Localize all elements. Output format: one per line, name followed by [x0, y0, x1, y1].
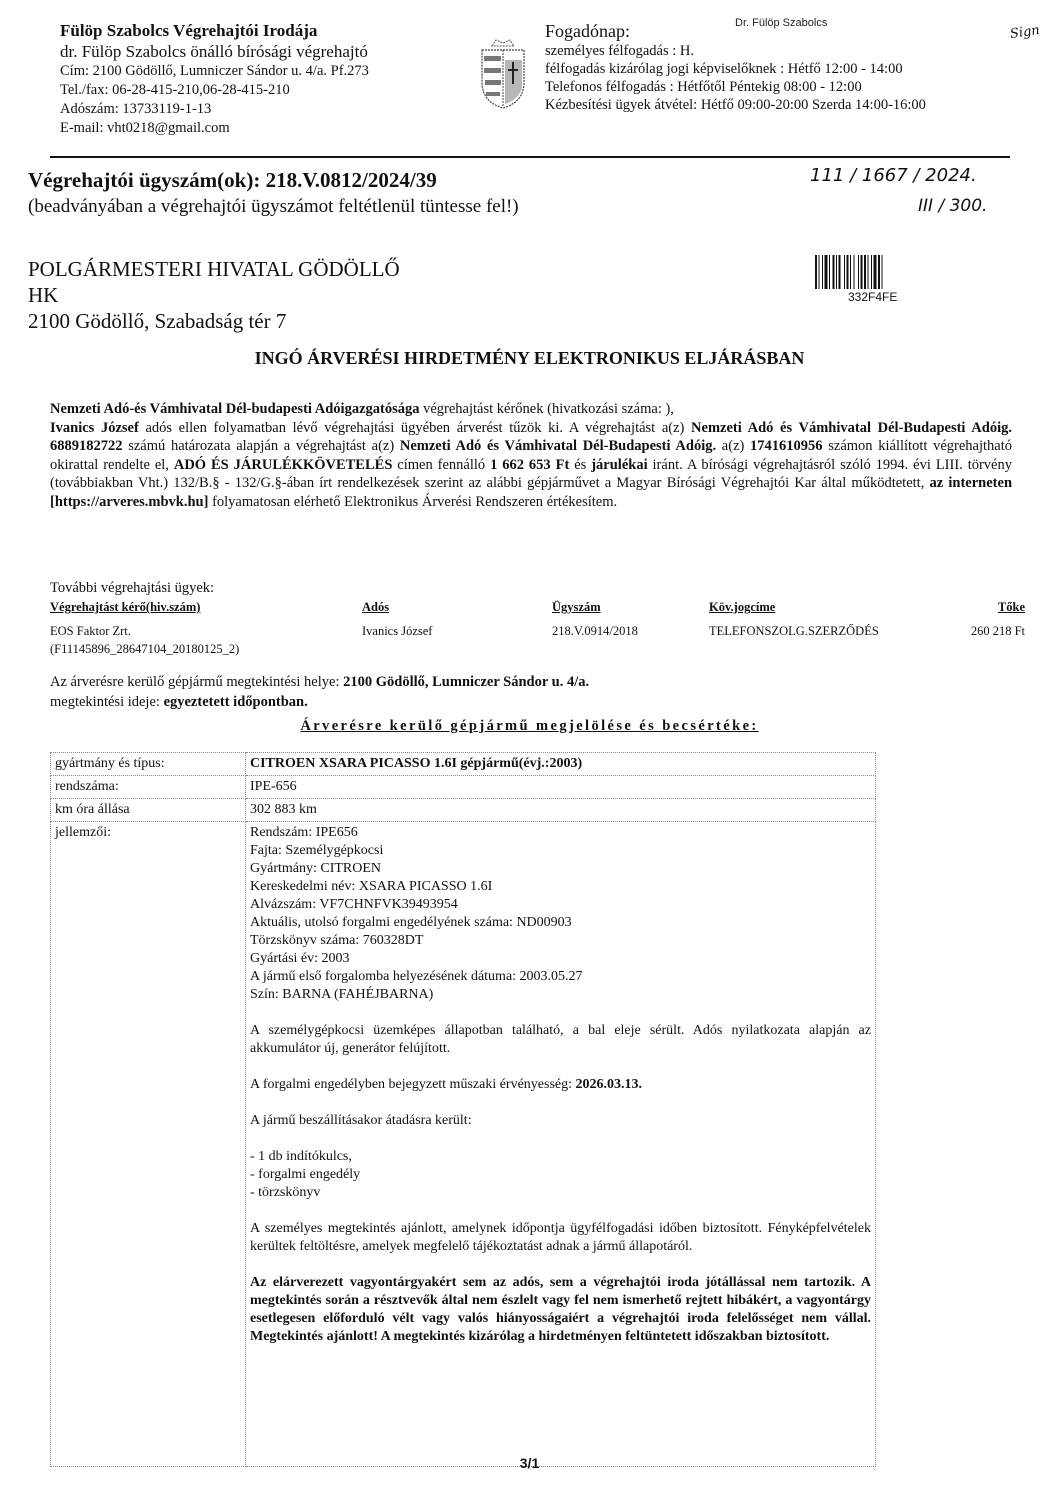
inspection-place-label: Az árverésre kerülő gépjármű megtekintés…	[50, 674, 343, 690]
row-label: km óra állása	[51, 799, 246, 822]
document-number: 1741610956	[750, 438, 823, 454]
detail-line: Fajta: Személygépkocsi	[250, 842, 871, 860]
office-name: Fülöp Szabolcs Végrehajtói Irodája	[60, 20, 480, 41]
handwritten-signature: Sign	[1009, 23, 1041, 42]
validity-label: A forgalmi engedélyben bejegyzett műszak…	[250, 1077, 576, 1092]
detail-line: Törzskönyv száma: 760328DT	[250, 932, 871, 950]
recipient-address: POLGÁRMESTERI HIVATAL GÖDÖLLŐ HK 2100 Gö…	[28, 256, 400, 334]
col-claim: Köv.jogcíme	[709, 600, 939, 618]
vehicle-section-title: Árverésre kerülő gépjármű megjelölése és…	[0, 718, 1059, 735]
table-row: gyártmány és típus: CITROEN XSARA PICASS…	[51, 753, 876, 776]
cell-claim: TELEFONSZOLG.SZERZŐDÉS	[709, 624, 939, 642]
officer-name: dr. Fülöp Szabolcs önálló bírósági végre…	[60, 41, 480, 62]
detail-line: Alvázszám: VF7CHNFVK39493954	[250, 896, 871, 914]
office-tax-number: Adószám: 13733119-1-13	[60, 100, 480, 119]
barcode-label: 332F4FE	[848, 290, 897, 304]
viewing-note: A személyes megtekintés ajánlott, amelyn…	[250, 1220, 871, 1256]
detail-line: Gyártmány: CITROEN	[250, 860, 871, 878]
case-number: Végrehajtói ügyszám(ok): 218.V.0812/2024…	[28, 168, 437, 193]
vehicle-details: Rendszám: IPE656 Fajta: Személygépkocsi …	[246, 822, 876, 1467]
intro-text: számú határozata alapján a végrehajtást …	[123, 438, 400, 454]
case-number-note: (beadványában a végrehajtói ügyszámot fe…	[28, 196, 519, 218]
inspection-time-label: megtekintési ideje:	[50, 694, 164, 710]
handwritten-reference-2: III / 300.	[918, 196, 987, 216]
intro-text: és	[569, 457, 591, 473]
header-divider	[50, 156, 1010, 158]
table-row: jellemzői: Rendszám: IPE656 Fajta: Szemé…	[51, 822, 876, 1467]
reception-hours: Fogadónap: személyes félfogadás : H. fél…	[545, 20, 1015, 114]
accessories: járulékai	[591, 457, 647, 473]
office-letterhead: Fülöp Szabolcs Végrehajtói Irodája dr. F…	[60, 20, 480, 138]
recipient-name: POLGÁRMESTERI HIVATAL GÖDÖLLŐ	[28, 256, 400, 282]
cell-creditor-ref: (F11145896_28647104_20180125_2)	[50, 642, 362, 660]
barcode-icon	[815, 255, 925, 289]
reception-line: félfogadás kizárólag jogi képviselőknek …	[545, 60, 1015, 78]
inspection-time: egyeztetett időpontban.	[164, 694, 308, 710]
page-number: 3/1	[0, 1455, 1059, 1471]
handover-title: A jármű beszállításakor átadásra került:	[250, 1112, 871, 1130]
intro-text: adós ellen folyamatban lévő végrehajtási…	[139, 420, 691, 436]
validity-date: 2026.03.13.	[576, 1077, 643, 1092]
vehicle-condition: A személygépkocsi üzemképes állapotban t…	[250, 1022, 871, 1058]
vehicle-table: gyártmány és típus: CITROEN XSARA PICASS…	[50, 752, 876, 1467]
vehicle-mileage: 302 883 km	[246, 799, 876, 822]
vehicle-validity: A forgalmi engedélyben bejegyzett műszak…	[250, 1076, 871, 1094]
col-creditor: Végrehajtást kérő(hiv.szám)	[50, 600, 362, 618]
detail-line: Kereskedelmi név: XSARA PICASSO 1.6I	[250, 878, 871, 896]
office-phone: Tel./fax: 06-28-415-210,06-28-415-210	[60, 81, 480, 100]
document-title: INGÓ ÁRVERÉSI HIRDETMÉNY ELEKTRONIKUS EL…	[0, 348, 1059, 369]
office-email: E-mail: vht0218@gmail.com	[60, 119, 480, 138]
detail-line: Gyártási év: 2003	[250, 950, 871, 968]
cell-case-no: 218.V.0914/2018	[552, 624, 709, 642]
office-address: Cím: 2100 Gödöllő, Lumniczer Sándor u. 4…	[60, 62, 480, 81]
claim-type: ADÓ ÉS JÁRULÉKKÖVETELÉS	[174, 457, 393, 473]
table-row: EOS Faktor Zrt. Ivanics József 218.V.091…	[50, 624, 1025, 642]
intro-paragraph: Nemzeti Adó-és Vámhivatal Dél-budapesti …	[50, 400, 1012, 512]
vehicle-make-type: CITROEN XSARA PICASSO 1.6I gépjármű(évj.…	[246, 753, 876, 776]
inspection-place: 2100 Gödöllő, Lumniczer Sándor u. 4/a.	[343, 674, 589, 690]
recipient-dept: HK	[28, 282, 400, 308]
decision-number: 6889182722	[50, 438, 123, 454]
inspection-info: Az árverésre kerülő gépjármű megtekintés…	[50, 672, 589, 712]
table-row: km óra állása 302 883 km	[51, 799, 876, 822]
detail-line: Rendszám: IPE656	[250, 824, 871, 842]
further-cases-header: Végrehajtást kérő(hiv.szám) Adós Ügyszám…	[50, 600, 1025, 618]
intro-text: a(z)	[716, 438, 750, 454]
intro-text: folyamatosan elérhető Elektronikus Árver…	[208, 494, 617, 510]
claim-amount: 1 662 653 Ft	[490, 457, 569, 473]
col-debtor: Adós	[362, 600, 552, 618]
reception-line: személyes félfogadás : H.	[545, 42, 1015, 60]
col-case-no: Ügyszám	[552, 600, 709, 618]
authority-name: Nemzeti Adó és Vámhivatal Dél-Budapesti …	[400, 438, 716, 454]
digital-signature-name: Dr. Fülöp Szabolcs	[735, 17, 827, 29]
table-row-continued: (F11145896_28647104_20180125_2)	[50, 642, 1025, 660]
handover-item: - törzskönyv	[250, 1184, 871, 1202]
col-capital: Tőke	[939, 600, 1025, 618]
further-cases-title: További végrehajtási ügyek:	[50, 580, 214, 597]
row-label: rendszáma:	[51, 776, 246, 799]
cell-debtor: Ivanics József	[362, 624, 552, 642]
intro-text: címen fennálló	[392, 457, 490, 473]
debtor-name: Ivanics József	[50, 420, 139, 436]
hungarian-coat-of-arms-icon	[478, 38, 528, 110]
disclaimer: Az elárverezett vagyontárgyakért sem az …	[250, 1274, 871, 1346]
detail-line: A jármű első forgalomba helyezésének dát…	[250, 968, 871, 986]
row-label: jellemzői:	[51, 822, 246, 1467]
detail-line: Aktuális, utolsó forgalmi engedélyének s…	[250, 914, 871, 932]
cell-creditor: EOS Faktor Zrt.	[50, 624, 362, 642]
reception-line: Kézbesítési ügyek átvétel: Hétfő 09:00-2…	[545, 96, 1015, 114]
vehicle-plate: IPE-656	[246, 776, 876, 799]
detail-line: Szín: BARNA (FAHÉJBARNA)	[250, 986, 871, 1004]
creditor-name: Nemzeti Adó-és Vámhivatal Dél-budapesti …	[50, 401, 419, 417]
intro-text: végrehajtást kérőnek (hivatkozási száma:…	[419, 401, 673, 417]
row-label: gyártmány és típus:	[51, 753, 246, 776]
handover-item: - forgalmi engedély	[250, 1166, 871, 1184]
cell-capital: 260 218 Ft	[939, 624, 1025, 642]
recipient-street: 2100 Gödöllő, Szabadság tér 7	[28, 308, 400, 334]
authority-name: Nemzeti Adó és Vámhivatal Dél-Budapesti …	[691, 420, 1012, 436]
reception-line: Telefonos félfogadás : Hétfőtől Péntekig…	[545, 78, 1015, 96]
handwritten-reference: 111 / 1667 / 2024.	[810, 165, 977, 186]
table-row: rendszáma: IPE-656	[51, 776, 876, 799]
further-cases-table: Végrehajtást kérő(hiv.szám) Adós Ügyszám…	[50, 600, 1025, 660]
handover-item: - 1 db indítókulcs,	[250, 1148, 871, 1166]
